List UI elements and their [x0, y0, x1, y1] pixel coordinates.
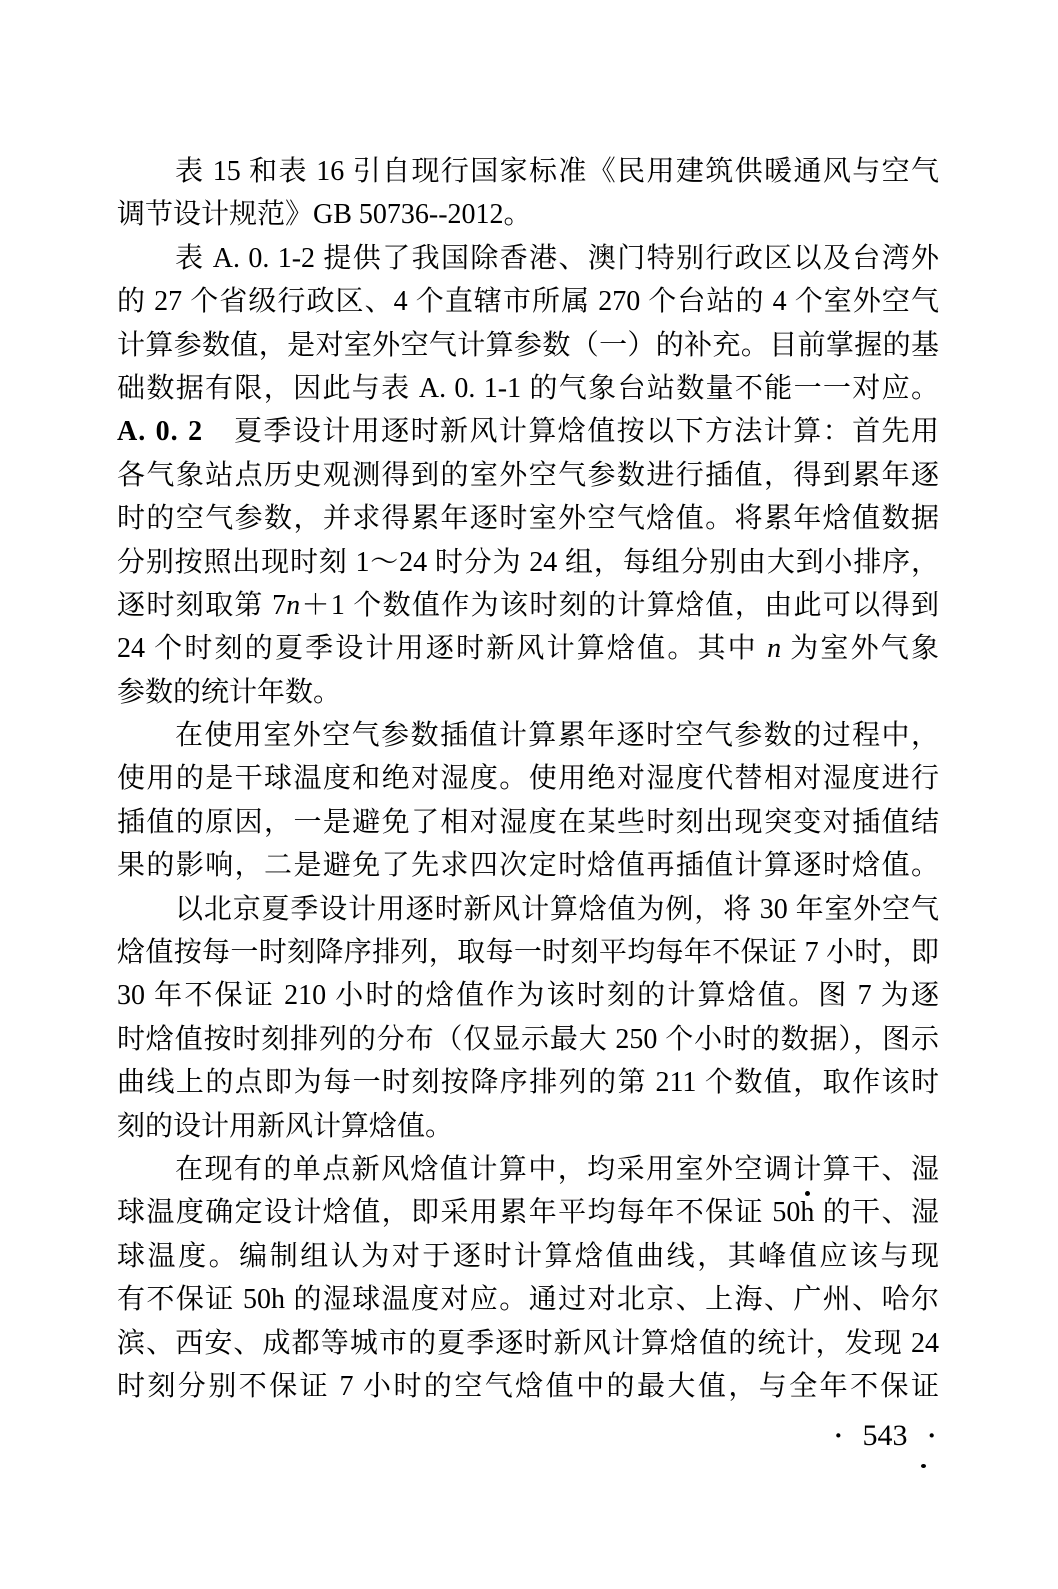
text-run: 24 个时刻的夏季设计用逐时新风计算焓值。其中	[117, 633, 767, 664]
text-line: 计算参数值，是对室外空气计算参数（一）的补充。目前掌握的基	[117, 324, 939, 367]
text-line: 时刻分别不保证 7 小时的空气焓值中的最大值，与全年不保证	[117, 1365, 939, 1408]
variable-n: n	[286, 590, 300, 621]
text-line: 础数据有限，因此与表 A. 0. 1-1 的气象台站数量不能一一对应。	[117, 367, 939, 410]
document-page: 表 15 和表 16 引自现行国家标准《民用建筑供暖通风与空气调节设计规范》GB…	[0, 0, 1058, 1589]
text-run: 果的影响，二是避免了先求四次定时焓值再插值计算逐时焓值。	[117, 850, 939, 881]
text-run: 夏季设计用逐时新风计算焓值按以下方法计算：首先用	[203, 416, 939, 447]
text-line: 球温度确定设计焓值，即采用累年平均每年不保证 50h 的干、湿	[117, 1191, 939, 1234]
footer-dot-right: ·	[927, 1416, 936, 1456]
text-line: 30 年不保证 210 小时的焓值作为该时刻的计算焓值。图 7 为逐	[117, 974, 939, 1017]
text-run: 使用的是干球温度和绝对湿度。使用绝对湿度代替相对湿度进行	[117, 763, 939, 794]
text-run: 逐时刻取第 7	[117, 590, 286, 621]
clause-number: A. 0. 2	[117, 416, 203, 447]
text-run: 计算参数值，是对室外空气计算参数（一）的补充。目前掌握的基	[117, 330, 939, 361]
text-line: 插值的原因，一是避免了相对湿度在某些时刻出现突变对插值结	[117, 801, 939, 844]
variable-n: n	[767, 633, 781, 664]
text-line: 表 15 和表 16 引自现行国家标准《民用建筑供暖通风与空气	[117, 150, 939, 193]
text-run: 球温度。编制组认为对于逐时计算焓值曲线，其峰值应该与现	[117, 1241, 939, 1272]
text-line: 刻的设计用新风计算焓值。	[117, 1105, 939, 1148]
scan-speck	[805, 1191, 810, 1196]
text-line: 各气象站点历史观测得到的室外空气参数进行插值，得到累年逐	[117, 454, 939, 497]
text-line: 表 A. 0. 1-2 提供了我国除香港、澳门特别行政区以及台湾外	[117, 237, 939, 280]
text-line: A. 0. 2 夏季设计用逐时新风计算焓值按以下方法计算：首先用	[117, 410, 939, 453]
text-run: 分别按照出现时刻 1～24 时分为 24 组，每组分别由大到小排序，	[117, 547, 939, 578]
text-run: 插值的原因，一是避免了相对湿度在某些时刻出现突变对插值结	[117, 807, 939, 838]
text-run: 时的空气参数，并求得累年逐时室外空气焓值。将累年焓值数据	[117, 503, 939, 534]
text-run: 础数据有限，因此与表 A. 0. 1-1 的气象台站数量不能一一对应。	[117, 373, 939, 404]
text-run: 为室外气象	[781, 633, 939, 664]
text-line: 在现有的单点新风焓值计算中，均采用室外空调计算干、湿	[117, 1148, 939, 1191]
text-run: 时焓值按时刻排列的分布（仅显示最大 250 个小时的数据），图示	[117, 1024, 939, 1055]
text-line: 时的空气参数，并求得累年逐时室外空气焓值。将累年焓值数据	[117, 497, 939, 540]
text-line: 时焓值按时刻排列的分布（仅显示最大 250 个小时的数据），图示	[117, 1018, 939, 1061]
text-line: 24 个时刻的夏季设计用逐时新风计算焓值。其中 n 为室外气象	[117, 627, 939, 670]
text-line: 分别按照出现时刻 1～24 时分为 24 组，每组分别由大到小排序，	[117, 541, 939, 584]
text-run: 球温度确定设计焓值，即采用累年平均每年不保证 50h 的干、湿	[117, 1197, 939, 1228]
text-run: 参数的统计年数。	[117, 677, 341, 708]
text-run: 在现有的单点新风焓值计算中，均采用室外空调计算干、湿	[175, 1154, 939, 1185]
text-line: 球温度。编制组认为对于逐时计算焓值曲线，其峰值应该与现	[117, 1235, 939, 1278]
text-run: 30 年不保证 210 小时的焓值作为该时刻的计算焓值。图 7 为逐	[117, 980, 939, 1011]
text-line: 以北京夏季设计用逐时新风计算焓值为例，将 30 年室外空气	[117, 888, 939, 931]
text-line: 果的影响，二是避免了先求四次定时焓值再插值计算逐时焓值。	[117, 844, 939, 887]
text-run: 各气象站点历史观测得到的室外空气参数进行插值，得到累年逐	[117, 460, 939, 491]
text-line: 调节设计规范》GB 50736--2012。	[117, 193, 939, 236]
page-number: 543	[863, 1416, 908, 1456]
text-run: 滨、西安、成都等城市的夏季逐时新风计算焓值的统计，发现 24	[117, 1328, 939, 1359]
text-run: 调节设计规范》GB 50736--2012。	[117, 199, 532, 230]
text-line: 使用的是干球温度和绝对湿度。使用绝对湿度代替相对湿度进行	[117, 757, 939, 800]
text-line: 焓值按每一时刻降序排列，取每一时刻平均每年不保证 7 小时，即	[117, 931, 939, 974]
text-run: 有不保证 50h 的湿球温度对应。通过对北京、上海、广州、哈尔	[117, 1284, 939, 1315]
text-run: ＋1 个数值作为该时刻的计算焓值，由此可以得到	[300, 590, 939, 621]
text-line: 参数的统计年数。	[117, 671, 939, 714]
text-line: 的 27 个省级行政区、4 个直辖市所属 270 个台站的 4 个室外空气	[117, 280, 939, 323]
text-run: 刻的设计用新风计算焓值。	[117, 1111, 453, 1142]
scan-speck	[921, 1464, 926, 1468]
text-run: 的 27 个省级行政区、4 个直辖市所属 270 个台站的 4 个室外空气	[117, 286, 939, 317]
page-footer: · 543 ·	[834, 1416, 936, 1456]
text-run: 在使用室外空气参数插值计算累年逐时空气参数的过程中，	[175, 720, 939, 751]
text-line: 在使用室外空气参数插值计算累年逐时空气参数的过程中，	[117, 714, 939, 757]
text-block: 表 15 和表 16 引自现行国家标准《民用建筑供暖通风与空气调节设计规范》GB…	[117, 150, 939, 1408]
text-line: 有不保证 50h 的湿球温度对应。通过对北京、上海、广州、哈尔	[117, 1278, 939, 1321]
text-run: 表 A. 0. 1-2 提供了我国除香港、澳门特别行政区以及台湾外	[175, 243, 939, 274]
text-line: 逐时刻取第 7n＋1 个数值作为该时刻的计算焓值，由此可以得到	[117, 584, 939, 627]
text-run: 表 15 和表 16 引自现行国家标准《民用建筑供暖通风与空气	[175, 156, 939, 187]
footer-dot-left: ·	[834, 1416, 843, 1456]
text-run: 以北京夏季设计用逐时新风计算焓值为例，将 30 年室外空气	[175, 894, 939, 925]
text-run: 曲线上的点即为每一时刻按降序排列的第 211 个数值，取作该时	[117, 1067, 939, 1098]
text-line: 滨、西安、成都等城市的夏季逐时新风计算焓值的统计，发现 24	[117, 1322, 939, 1365]
text-run: 焓值按每一时刻降序排列，取每一时刻平均每年不保证 7 小时，即	[117, 937, 939, 968]
text-line: 曲线上的点即为每一时刻按降序排列的第 211 个数值，取作该时	[117, 1061, 939, 1104]
text-run: 时刻分别不保证 7 小时的空气焓值中的最大值，与全年不保证	[117, 1371, 939, 1402]
